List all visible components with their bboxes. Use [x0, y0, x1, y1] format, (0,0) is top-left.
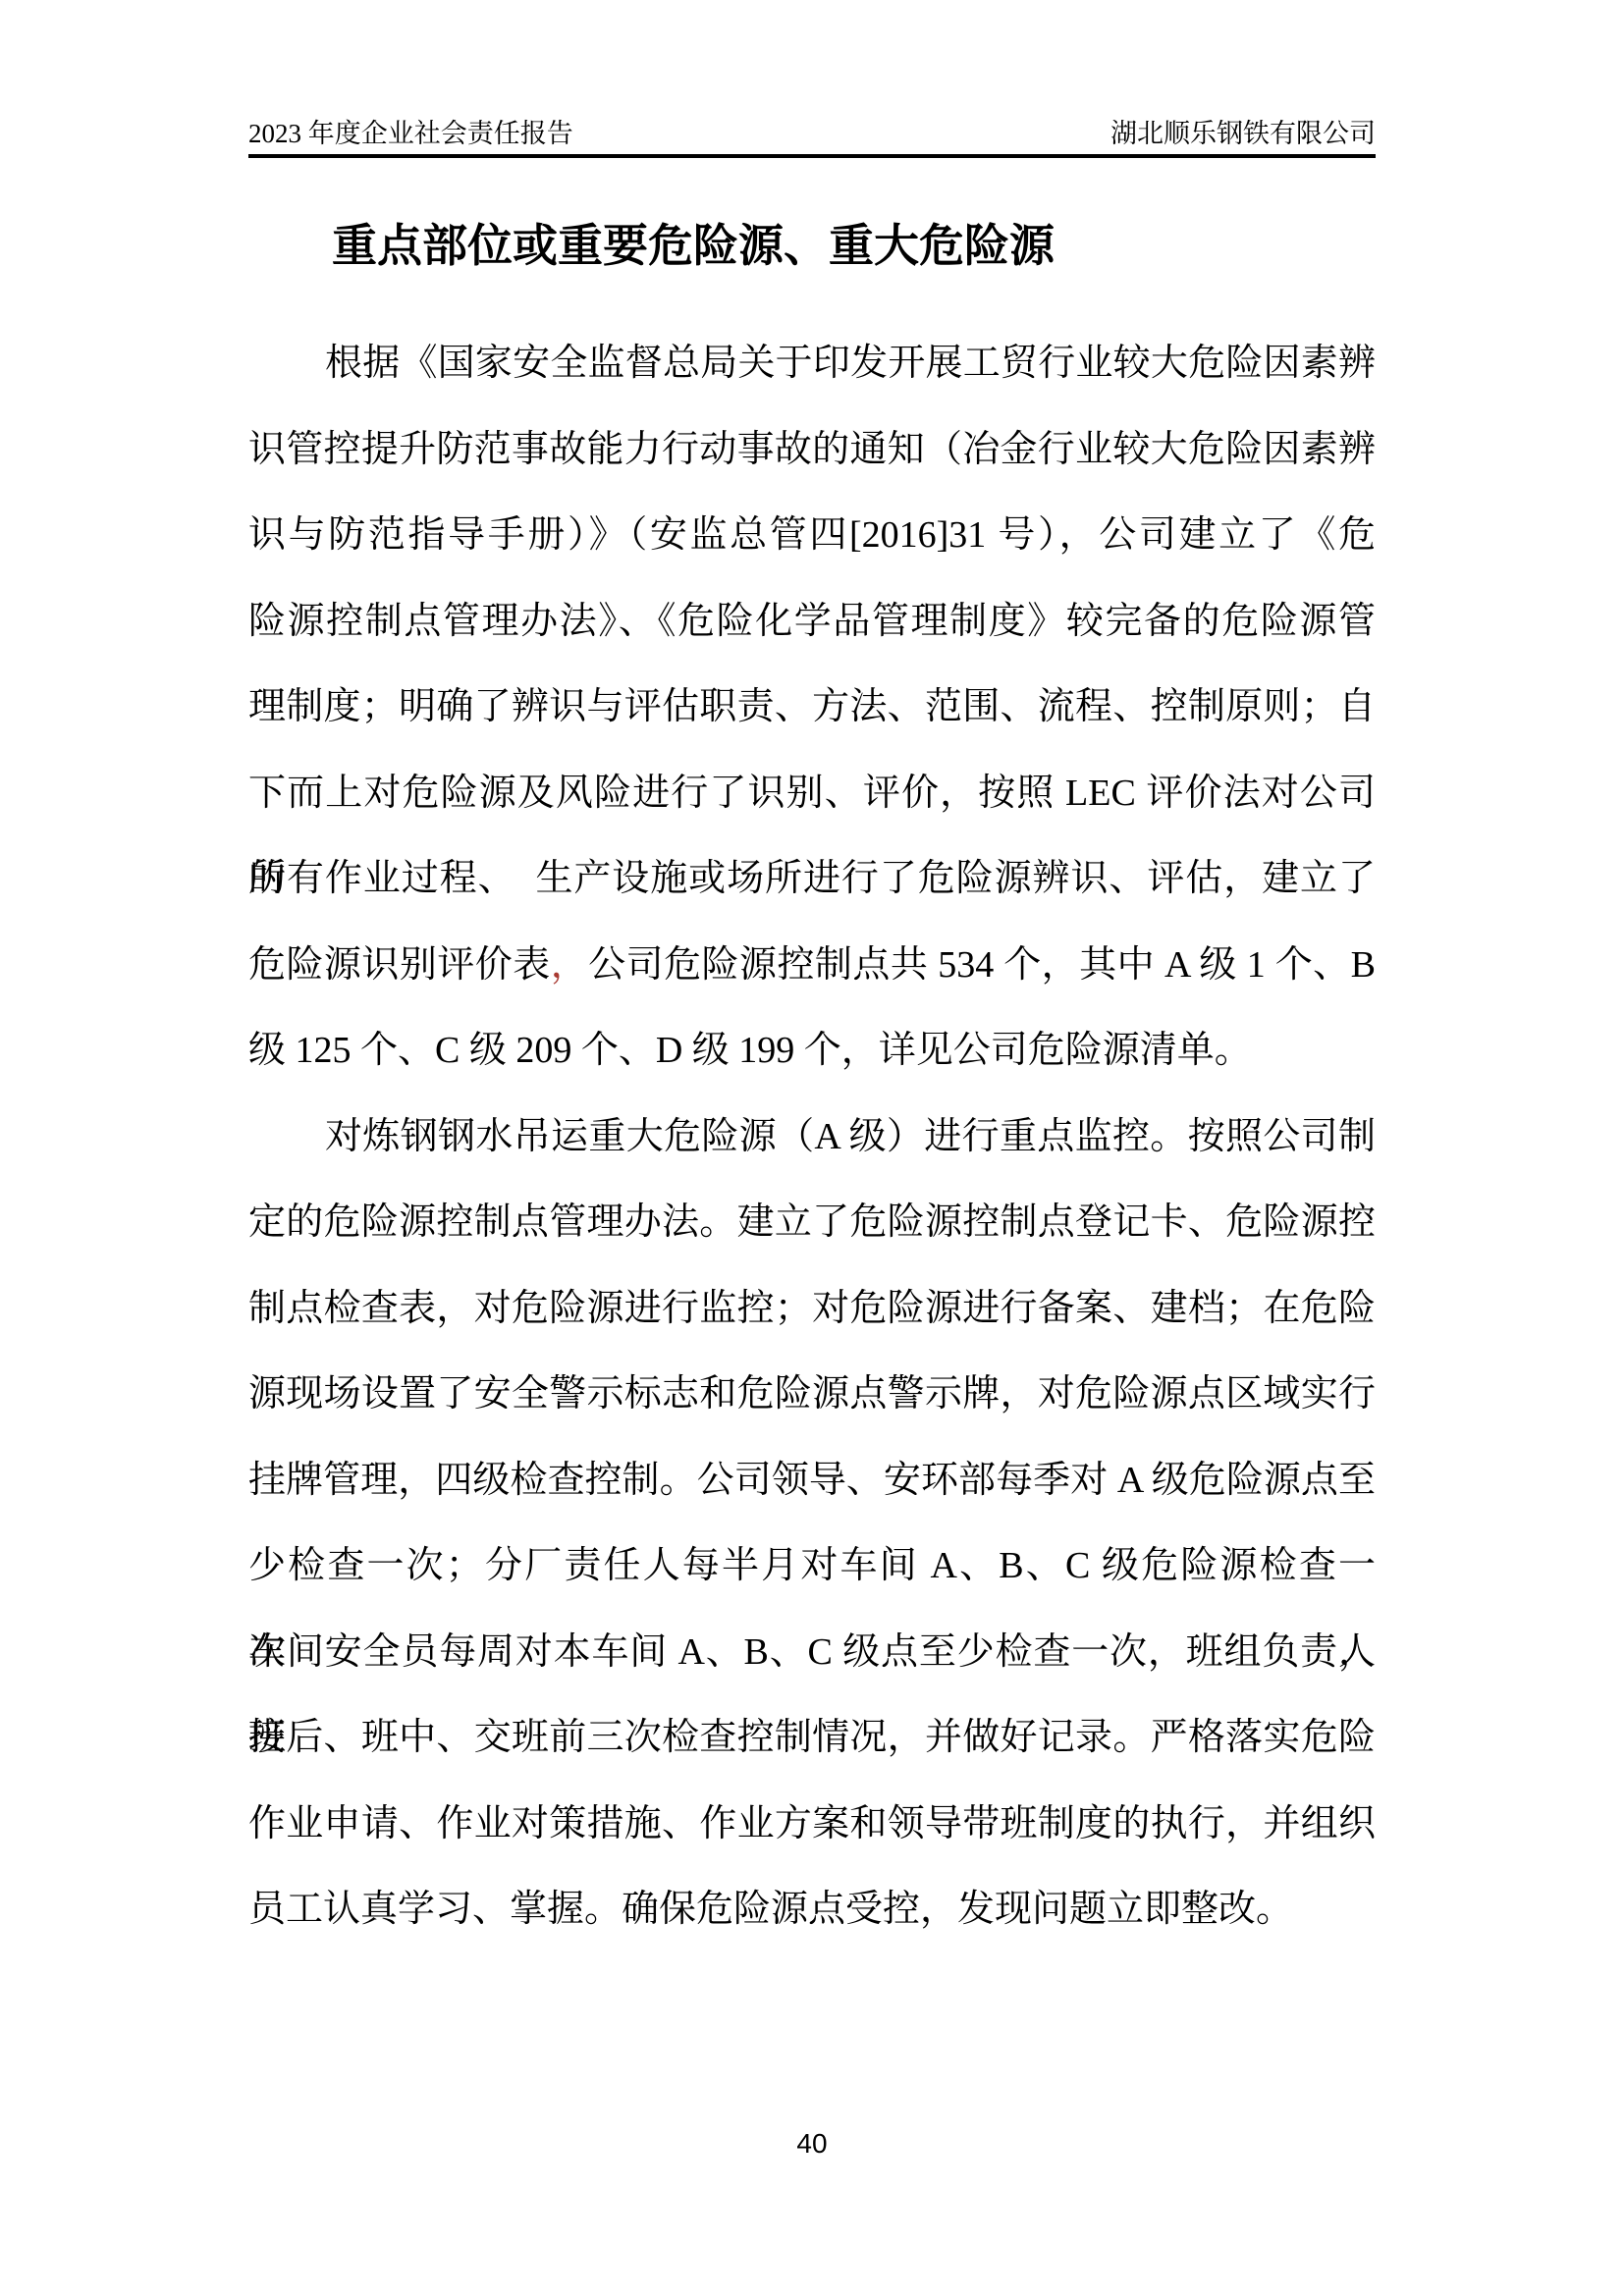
header-report-title: 2023 年度企业社会责任报告: [248, 118, 573, 149]
text-segment: 危险源识别评价表: [248, 944, 551, 986]
text-segment: 公司危险源控制点共 534 个，其中 A 级 1 个、B: [588, 944, 1376, 986]
para-line: 识与防范指导手册）》（安监总管四[2016]31 号），公司建立了《危: [248, 493, 1376, 579]
para-line: 源现场设置了安全警示标志和危险源点警示牌，对危险源点区域实行: [248, 1352, 1376, 1438]
document-page: 2023 年度企业社会责任报告 湖北顺乐钢铁有限公司 重点部位或重要危险源、重大…: [0, 0, 1624, 2296]
text-segment: 对炼钢钢水吊运重大危险源（A 级）进行重点监控。按照公司制: [325, 1116, 1376, 1157]
para-line: 对炼钢钢水吊运重大危险源（A 级）进行重点监控。按照公司制: [248, 1095, 1376, 1181]
para-line: 下而上对危险源及风险进行了识别、评价，按照 LEC 评价法对公司的: [248, 751, 1376, 837]
page-number: 40: [0, 2128, 1624, 2160]
para-line: 理制度；明确了辨识与评估职责、方法、范围、流程、控制原则；自: [248, 665, 1376, 751]
para-line: 险源控制点管理办法》、《危险化学品管理制度》较完备的危险源管: [248, 579, 1376, 666]
text-segment: 级 125 个、C 级 209 个、D 级 199 个，详见公司危险源清单。: [248, 1030, 1252, 1071]
para-line: 员工认真学习、掌握。确保危险源点受控，发现问题立即整改。: [248, 1867, 1376, 1953]
text-segment: 根据《国家安全监督总局关于印发开展工贸行业较大危险因素辨: [325, 343, 1376, 384]
text-segment: 源现场设置了安全警示标志和危险源点警示牌，对危险源点区域实行: [248, 1373, 1376, 1415]
text-segment: 班后、班中、交班前三次检查控制情况，并做好记录。严格落实危险: [248, 1717, 1376, 1758]
text-segment: 定的危险源控制点管理办法。建立了危险源控制点登记卡、危险源控: [248, 1201, 1376, 1243]
text-segment: 员工认真学习、掌握。确保危险源点受控，发现问题立即整改。: [248, 1889, 1293, 1930]
para-line: 班后、班中、交班前三次检查控制情况，并做好记录。严格落实危险: [248, 1695, 1376, 1782]
red-comma: ，: [551, 944, 588, 986]
para-line: 识管控提升防范事故能力行动事故的通知（冶金行业较大危险因素辨: [248, 407, 1376, 494]
text-segment: 理制度；明确了辨识与评估职责、方法、范围、流程、控制原则；自: [248, 686, 1376, 727]
text-segment: 挂牌管理，四级检查控制。公司领导、安环部每季对 A 级危险源点至: [248, 1460, 1376, 1501]
text-segment: 识与防范指导手册）》（安监总管四[2016]31 号），公司建立了《危: [248, 514, 1376, 556]
para-line: 作业申请、作业对策措施、作业方案和领导带班制度的执行，并组织: [248, 1782, 1376, 1868]
text-segment: 识管控提升防范事故能力行动事故的通知（冶金行业较大危险因素辨: [248, 429, 1376, 470]
section-title: 重点部位或重要危险源、重大危险源: [332, 210, 1055, 275]
para-line: 制点检查表，对危险源进行监控；对危险源进行备案、建档；在危险: [248, 1266, 1376, 1353]
para-line: 少检查一次；分厂责任人每半月对车间 A、B、C 级危险源检查一次，: [248, 1523, 1376, 1610]
body-text: 根据《国家安全监督总局关于印发开展工贸行业较大危险因素辨识管控提升防范事故能力行…: [248, 321, 1376, 1953]
para-line: 级 125 个、C 级 209 个、D 级 199 个，详见公司危险源清单。: [248, 1008, 1376, 1095]
para-line: 根据《国家安全监督总局关于印发开展工贸行业较大危险因素辨: [248, 321, 1376, 407]
page-header: 2023 年度企业社会责任报告 湖北顺乐钢铁有限公司: [248, 118, 1376, 158]
para-line: 车间安全员每周对本车间 A、B、C 级点至少检查一次，班组负责人接: [248, 1610, 1376, 1696]
para-line: 危险源识别评价表，公司危险源控制点共 534 个，其中 A 级 1 个、B: [248, 923, 1376, 1009]
text-segment: 制点检查表，对危险源进行监控；对危险源进行备案、建档；在危险: [248, 1288, 1376, 1329]
text-segment: 险源控制点管理办法》、《危险化学品管理制度》较完备的危险源管: [248, 601, 1376, 642]
header-company-name: 湖北顺乐钢铁有限公司: [1110, 118, 1376, 149]
para-line: 定的危险源控制点管理办法。建立了危险源控制点登记卡、危险源控: [248, 1180, 1376, 1266]
text-segment: 作业申请、作业对策措施、作业方案和领导带班制度的执行，并组织: [248, 1803, 1376, 1844]
text-segment: 所有作业过程、 生产设施或场所进行了危险源辨识、评估，建立了: [248, 858, 1376, 899]
para-line: 挂牌管理，四级检查控制。公司领导、安环部每季对 A 级危险源点至: [248, 1438, 1376, 1524]
para-line: 所有作业过程、 生产设施或场所进行了危险源辨识、评估，建立了: [248, 836, 1376, 923]
